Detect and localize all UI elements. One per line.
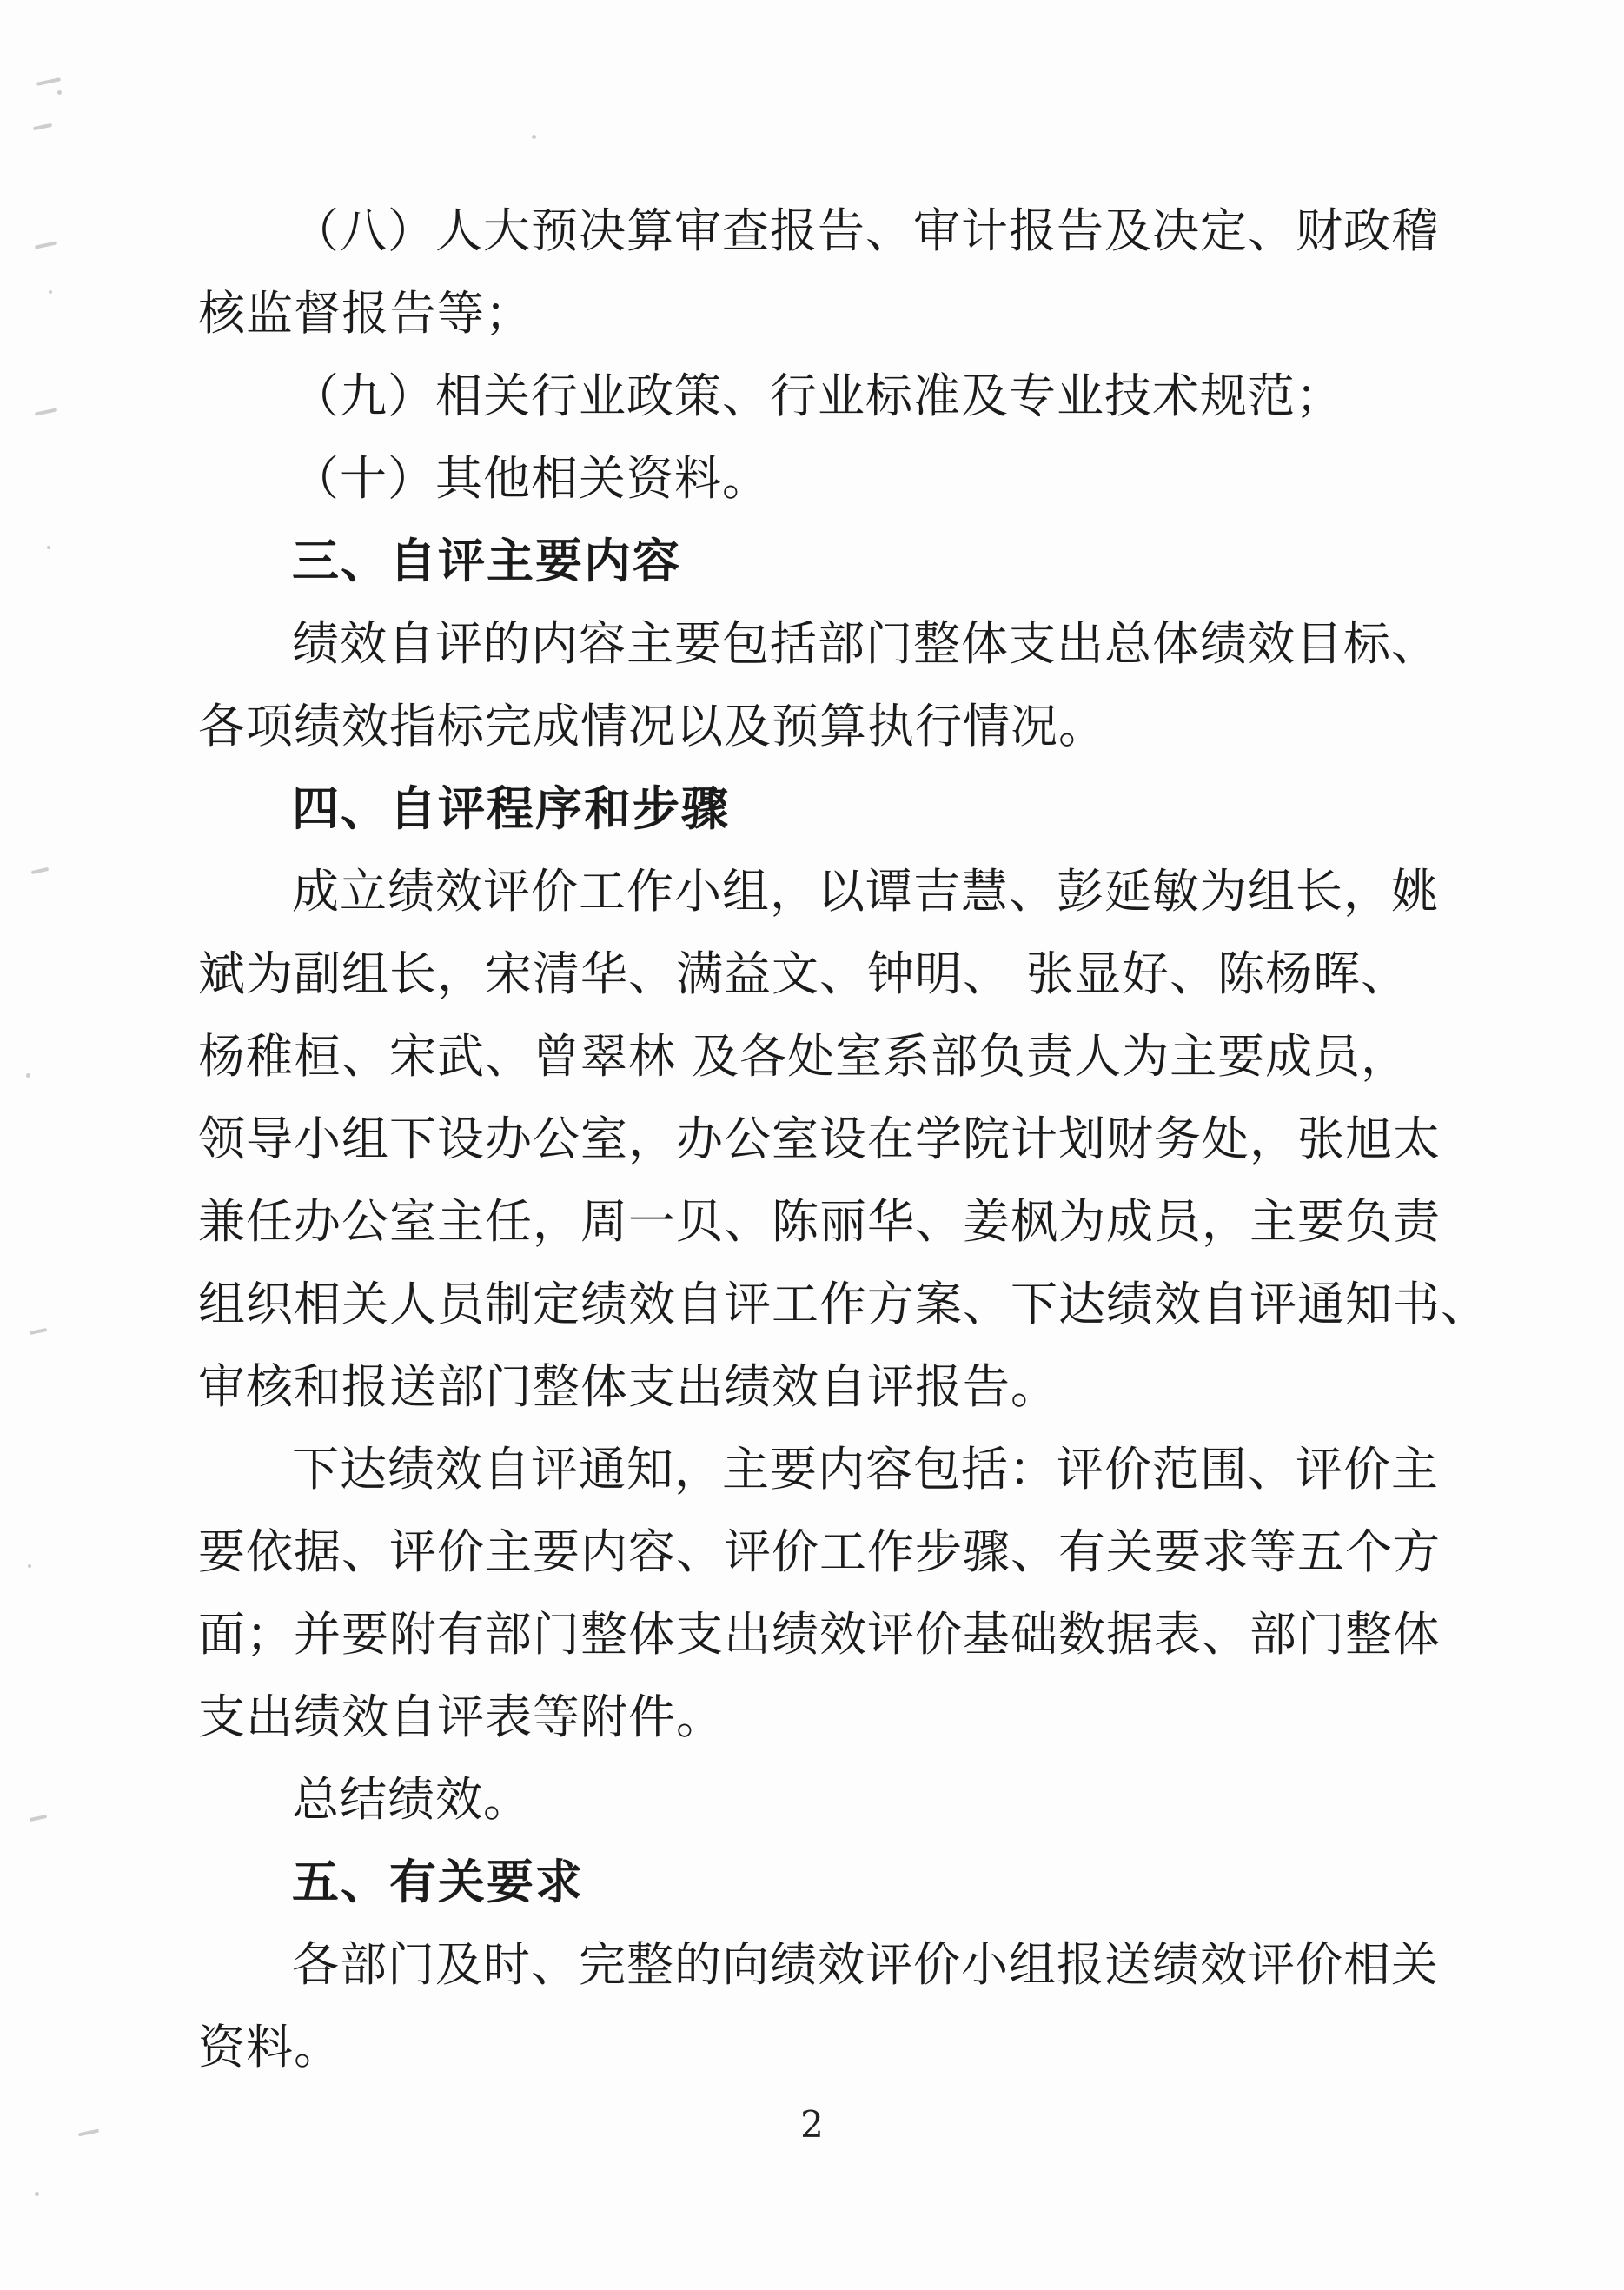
doc-line: 要依据、评价主要内容、评价工作步骤、有关要求等五个方 (198, 1510, 1425, 1593)
scan-speck (532, 135, 536, 139)
scan-speck (30, 1328, 47, 1335)
scan-speck (30, 1815, 47, 1822)
doc-line: 总结绩效。 (198, 1758, 1425, 1841)
doc-line: （九）相关行业政策、行业标准及专业技术规范； (198, 355, 1425, 437)
scan-speck (47, 546, 50, 549)
doc-line: 绩效自评的内容主要包括部门整体支出总体绩效目标、 (198, 602, 1425, 685)
doc-line: 各部门及时、完整的向绩效评价小组报送绩效评价相关 (198, 1923, 1425, 2006)
doc-line: 兼任办公室主任，周一贝、陈丽华、姜枫为成员，主要负责 (198, 1180, 1425, 1263)
section-heading: 四、自评程序和步骤 (198, 767, 1425, 850)
scan-speck (57, 90, 62, 95)
doc-line: 领导小组下设办公室，办公室设在学院计划财务处，张旭太 (198, 1098, 1425, 1180)
section-heading: 三、自评主要内容 (198, 520, 1425, 602)
doc-line: 杨稚桓、宋武、曾翠林 及各处室系部负责人为主要成员， (198, 1015, 1425, 1098)
document-page: （八）人大预决算审查报告、审计报告及决定、财政稽 核监督报告等； （九）相关行业… (0, 0, 1624, 2290)
scan-speck (36, 77, 61, 86)
doc-line: （十）其他相关资料。 (198, 437, 1425, 520)
scan-speck (26, 1073, 30, 1078)
doc-line: 组织相关人员制定绩效自评工作方案、下达绩效自评通知书、 (198, 1263, 1425, 1345)
doc-line: 支出绩效自评表等附件。 (198, 1676, 1425, 1758)
scan-speck (33, 123, 52, 130)
doc-line: 斌为副组长，宋清华、满益文、钟明、 张显好、陈杨晖、 (198, 933, 1425, 1015)
scan-speck (35, 408, 57, 415)
doc-line: 成立绩效评价工作小组，以谭吉慧、彭延敏为组长，姚 (198, 850, 1425, 933)
scan-speck (49, 290, 52, 294)
doc-line: 面；并要附有部门整体支出绩效评价基础数据表、部门整体 (198, 1593, 1425, 1676)
scan-speck (35, 241, 57, 249)
doc-line: 各项绩效指标完成情况以及预算执行情况。 (198, 685, 1425, 767)
doc-line: 资料。 (198, 2006, 1425, 2088)
section-heading: 五、有关要求 (198, 1841, 1425, 1923)
scan-speck (31, 867, 49, 874)
doc-line: 下达绩效自评通知，主要内容包括：评价范围、评价主 (198, 1428, 1425, 1510)
doc-line: 审核和报送部门整体支出绩效自评报告。 (198, 1345, 1425, 1428)
document-body: （八）人大预决算审查报告、审计报告及决定、财政稽 核监督报告等； （九）相关行业… (198, 189, 1425, 2088)
scan-speck (28, 1564, 31, 1568)
doc-line: 核监督报告等； (198, 272, 1425, 355)
scan-speck (35, 2192, 39, 2196)
page-number: 2 (0, 2103, 1624, 2146)
doc-line: （八）人大预决算审查报告、审计报告及决定、财政稽 (198, 189, 1425, 272)
